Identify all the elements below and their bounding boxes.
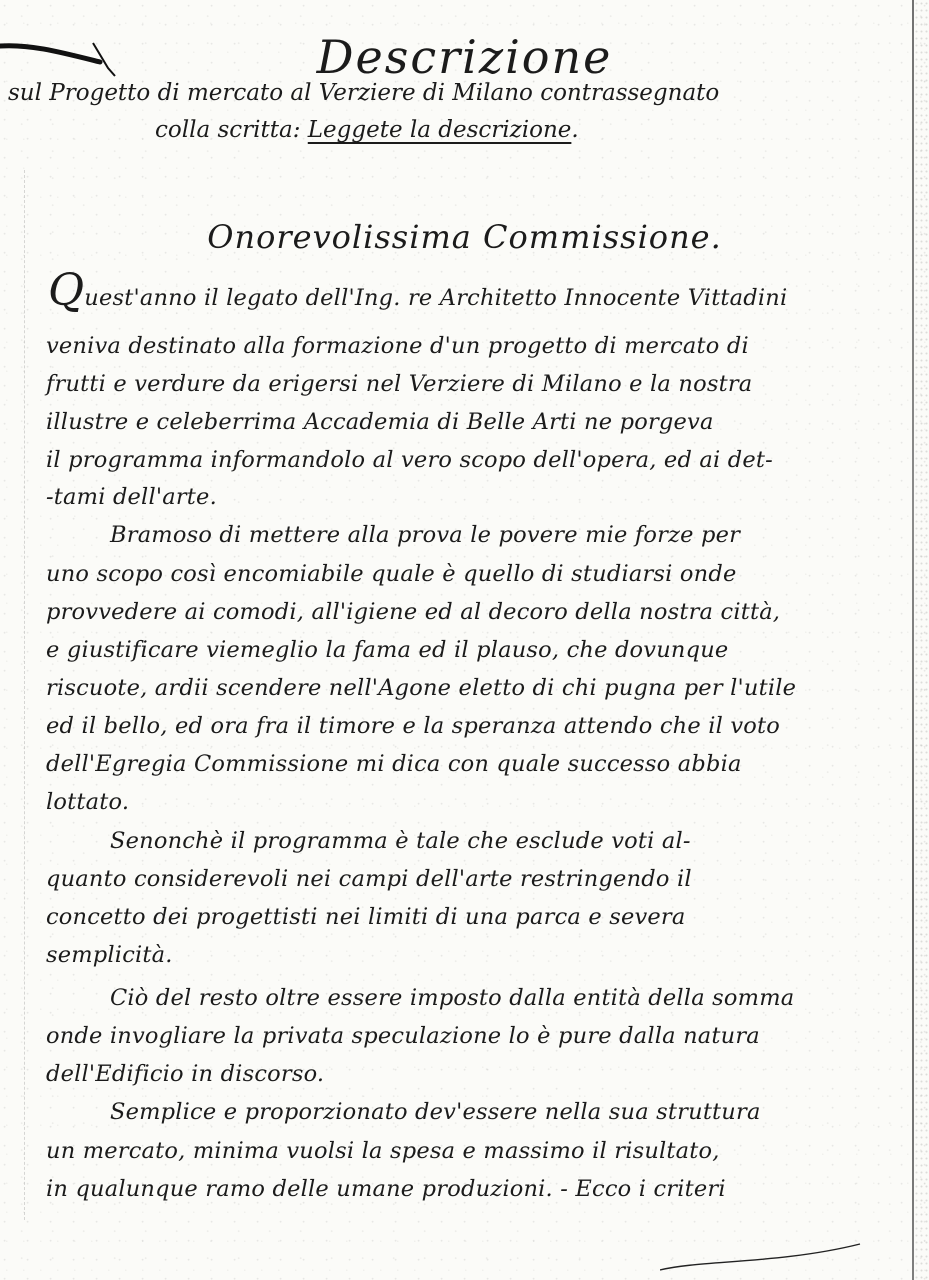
line-text: uest'anno il legato dell'Ing. re Archite…: [84, 285, 787, 311]
manuscript-line: Bramoso di mettere alla prova le povere …: [110, 522, 929, 548]
manuscript-line: lottato.: [46, 789, 906, 815]
salutation: Onorevolissima Commissione.: [0, 218, 929, 256]
manuscript-line: ed il bello, ed ora fra il timore e la s…: [46, 713, 906, 739]
manuscript-line: frutti e verdure da erigersi nel Verzier…: [46, 371, 906, 397]
scan-edge-noise: [914, 0, 929, 1280]
initial-capital: Q: [48, 265, 84, 316]
closing-flourish: [660, 1238, 880, 1278]
motto: Leggete la descrizione: [308, 117, 572, 143]
manuscript-line: il programma informandolo al vero scopo …: [46, 447, 906, 473]
manuscript-line: riscuote, ardii scendere nell'Agone elet…: [46, 675, 906, 701]
manuscript-line: uno scopo così encomiabile quale è quell…: [46, 561, 906, 587]
manuscript-line: -tami dell'arte.: [46, 484, 906, 510]
document-subtitle-motto-line: colla scritta: Leggete la descrizione.: [155, 117, 579, 143]
manuscript-line: semplicità.: [46, 942, 906, 968]
manuscript-line: onde invogliare la privata speculazione …: [46, 1023, 906, 1049]
motto-prefix: colla scritta:: [155, 117, 300, 143]
manuscript-line: Quest'anno il legato dell'Ing. re Archit…: [48, 285, 908, 311]
manuscript-line: quanto considerevoli nei campi dell'arte…: [46, 866, 906, 892]
document-title: Descrizione: [0, 30, 929, 84]
manuscript-line: e giustificare viemeglio la fama ed il p…: [46, 637, 906, 663]
manuscript-line: dell'Edificio in discorso.: [46, 1061, 906, 1087]
manuscript-line: Ciò del resto oltre essere imposto dalla…: [110, 985, 929, 1011]
manuscript-line: in qualunque ramo delle umane produzioni…: [46, 1176, 906, 1202]
manuscript-line: concetto dei progettisti nei limiti di u…: [46, 904, 906, 930]
manuscript-line: veniva destinato alla formazione d'un pr…: [46, 333, 906, 359]
manuscript-line: Semplice e proporzionato dev'essere nell…: [110, 1099, 929, 1125]
manuscript-line: dell'Egregia Commissione mi dica con qua…: [46, 751, 906, 777]
document-subtitle: sul Progetto di mercato al Verziere di M…: [8, 80, 908, 106]
manuscript-line: Senonchè il programma è tale che esclude…: [110, 828, 929, 854]
manuscript-line: provvedere ai comodi, all'igiene ed al d…: [46, 599, 906, 625]
manuscript-line: illustre e celeberrima Accademia di Bell…: [46, 409, 906, 435]
motto-suffix: .: [571, 117, 578, 143]
manuscript-line: un mercato, minima vuolsi la spesa e mas…: [46, 1138, 906, 1164]
margin-guide: [24, 170, 26, 1220]
